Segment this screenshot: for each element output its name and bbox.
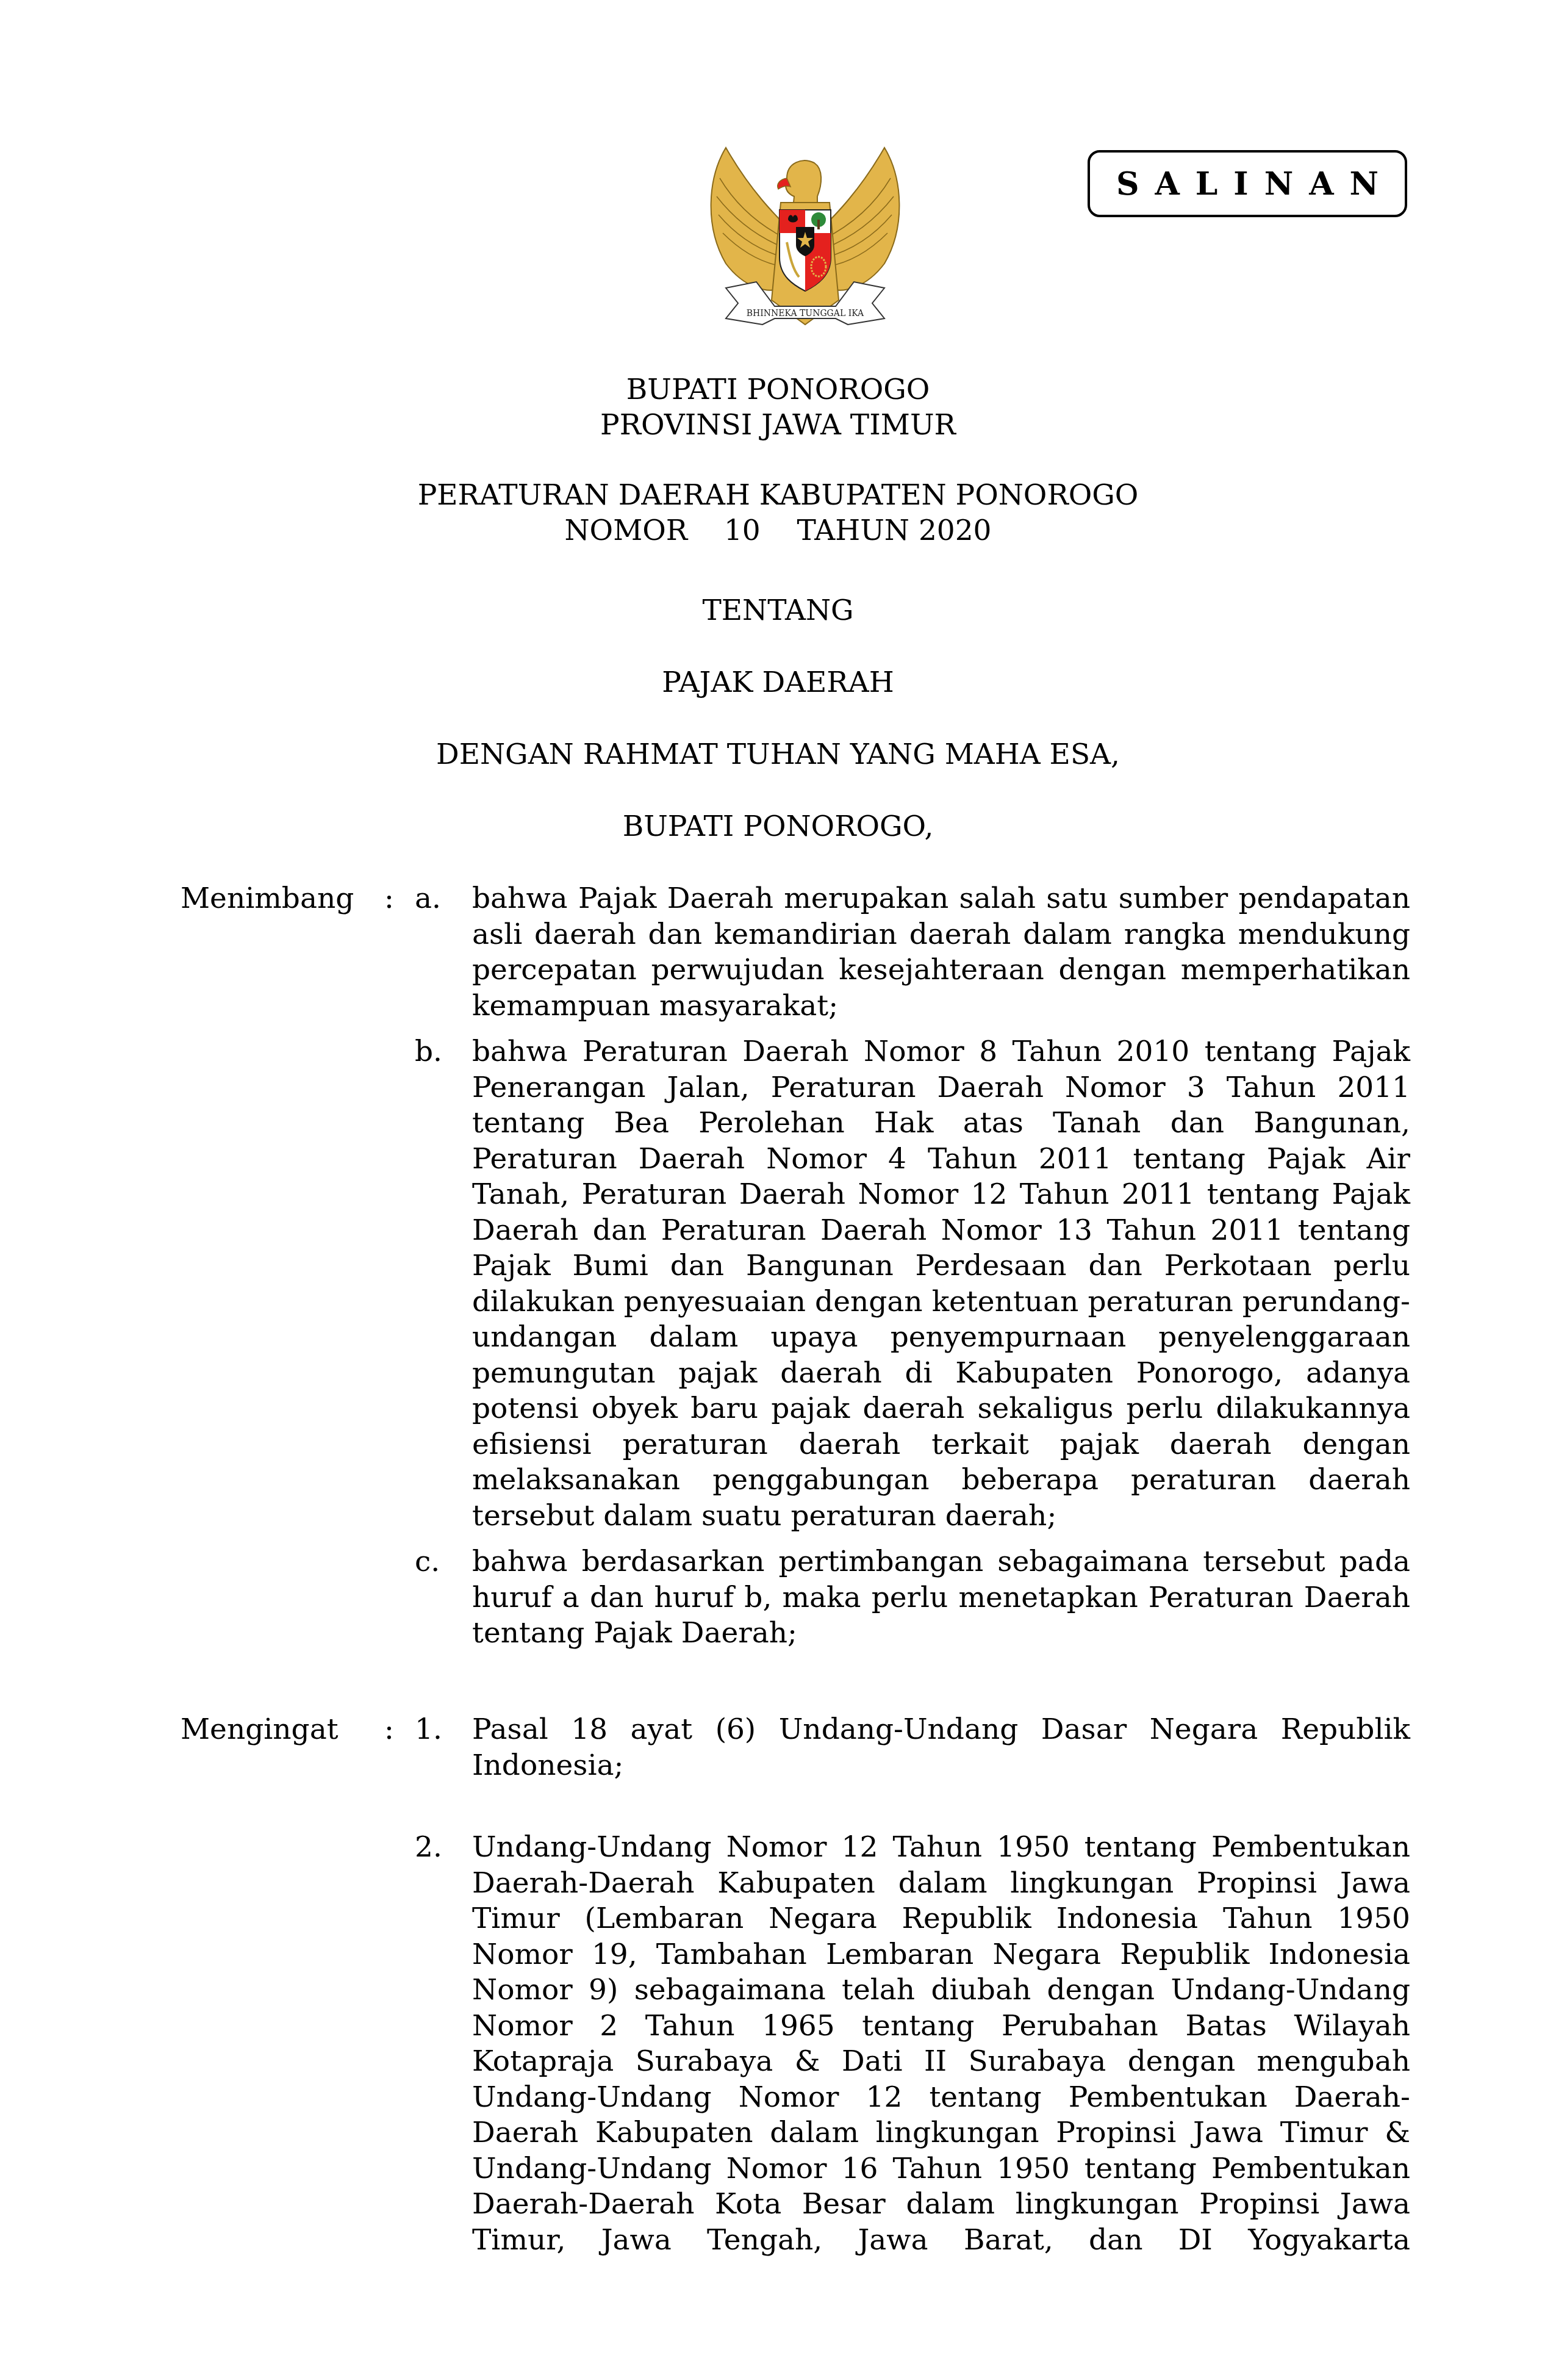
salinan-label: SALINAN <box>1116 165 1394 203</box>
menimbang-colon: : <box>384 881 415 1024</box>
regulation-subject: PAJAK DAERAH <box>0 665 1556 700</box>
regulation-number: NOMOR 10 TAHUN 2020 <box>0 513 1556 548</box>
invocation: DENGAN RAHMAT TUHAN YANG MAHA ESA, <box>0 737 1556 772</box>
item-text: bahwa Peraturan Daerah Nomor 8 Tahun 201… <box>472 1034 1410 1534</box>
menimbang-item-a: Menimbang : a. bahwa Pajak Daerah merupa… <box>181 881 1410 1024</box>
item-marker: 2. <box>415 1830 472 2258</box>
item-text: Undang-Undang Nomor 12 Tahun 1950 tentan… <box>472 1830 1410 2258</box>
item-marker: 1. <box>415 1712 472 1783</box>
signatory: BUPATI PONOROGO, <box>0 809 1556 844</box>
mengingat-label: Mengingat <box>181 1712 384 1783</box>
item-text: Pasal 18 ayat (6) Undang-Undang Dasar Ne… <box>472 1712 1410 1783</box>
menimbang-section: Menimbang : a. bahwa Pajak Daerah merupa… <box>181 881 1410 1662</box>
menimbang-item-b: b. bahwa Peraturan Daerah Nomor 8 Tahun … <box>181 1034 1410 1534</box>
item-marker: a. <box>415 881 472 1024</box>
header-provinsi: PROVINSI JAWA TIMUR <box>0 408 1556 443</box>
regulation-title: PERATURAN DAERAH KABUPATEN PONOROGO <box>0 478 1556 513</box>
mengingat-section: Mengingat : 1. Pasal 18 ayat (6) Undang-… <box>181 1712 1410 2268</box>
item-text: bahwa berdasarkan pertimbangan sebagaima… <box>472 1544 1410 1652</box>
tahun-label: TAHUN 2020 <box>797 514 992 547</box>
item-marker: b. <box>415 1034 472 1534</box>
mengingat-item-2: 2. Undang-Undang Nomor 12 Tahun 1950 ten… <box>181 1830 1410 2258</box>
menimbang-item-c: c. bahwa berdasarkan pertimbangan sebaga… <box>181 1544 1410 1652</box>
menimbang-label: Menimbang <box>181 881 384 1024</box>
emblem-motto: BHINNEKA TUNGGAL IKA <box>747 309 864 318</box>
header-bupati: BUPATI PONOROGO <box>0 372 1556 408</box>
item-text: bahwa Pajak Daerah merupakan salah satu … <box>472 881 1410 1024</box>
mengingat-item-1: Mengingat : 1. Pasal 18 ayat (6) Undang-… <box>181 1712 1410 1783</box>
garuda-emblem: BHINNEKA TUNGGAL IKA <box>701 142 909 340</box>
salinan-stamp: SALINAN <box>1088 150 1407 217</box>
tentang-label: TENTANG <box>0 593 1556 628</box>
garuda-icon: BHINNEKA TUNGGAL IKA <box>701 142 909 340</box>
mengingat-colon: : <box>384 1712 415 1783</box>
nomor-label: NOMOR <box>564 514 687 547</box>
item-marker: c. <box>415 1544 472 1652</box>
nomor-value: 10 <box>724 514 761 547</box>
